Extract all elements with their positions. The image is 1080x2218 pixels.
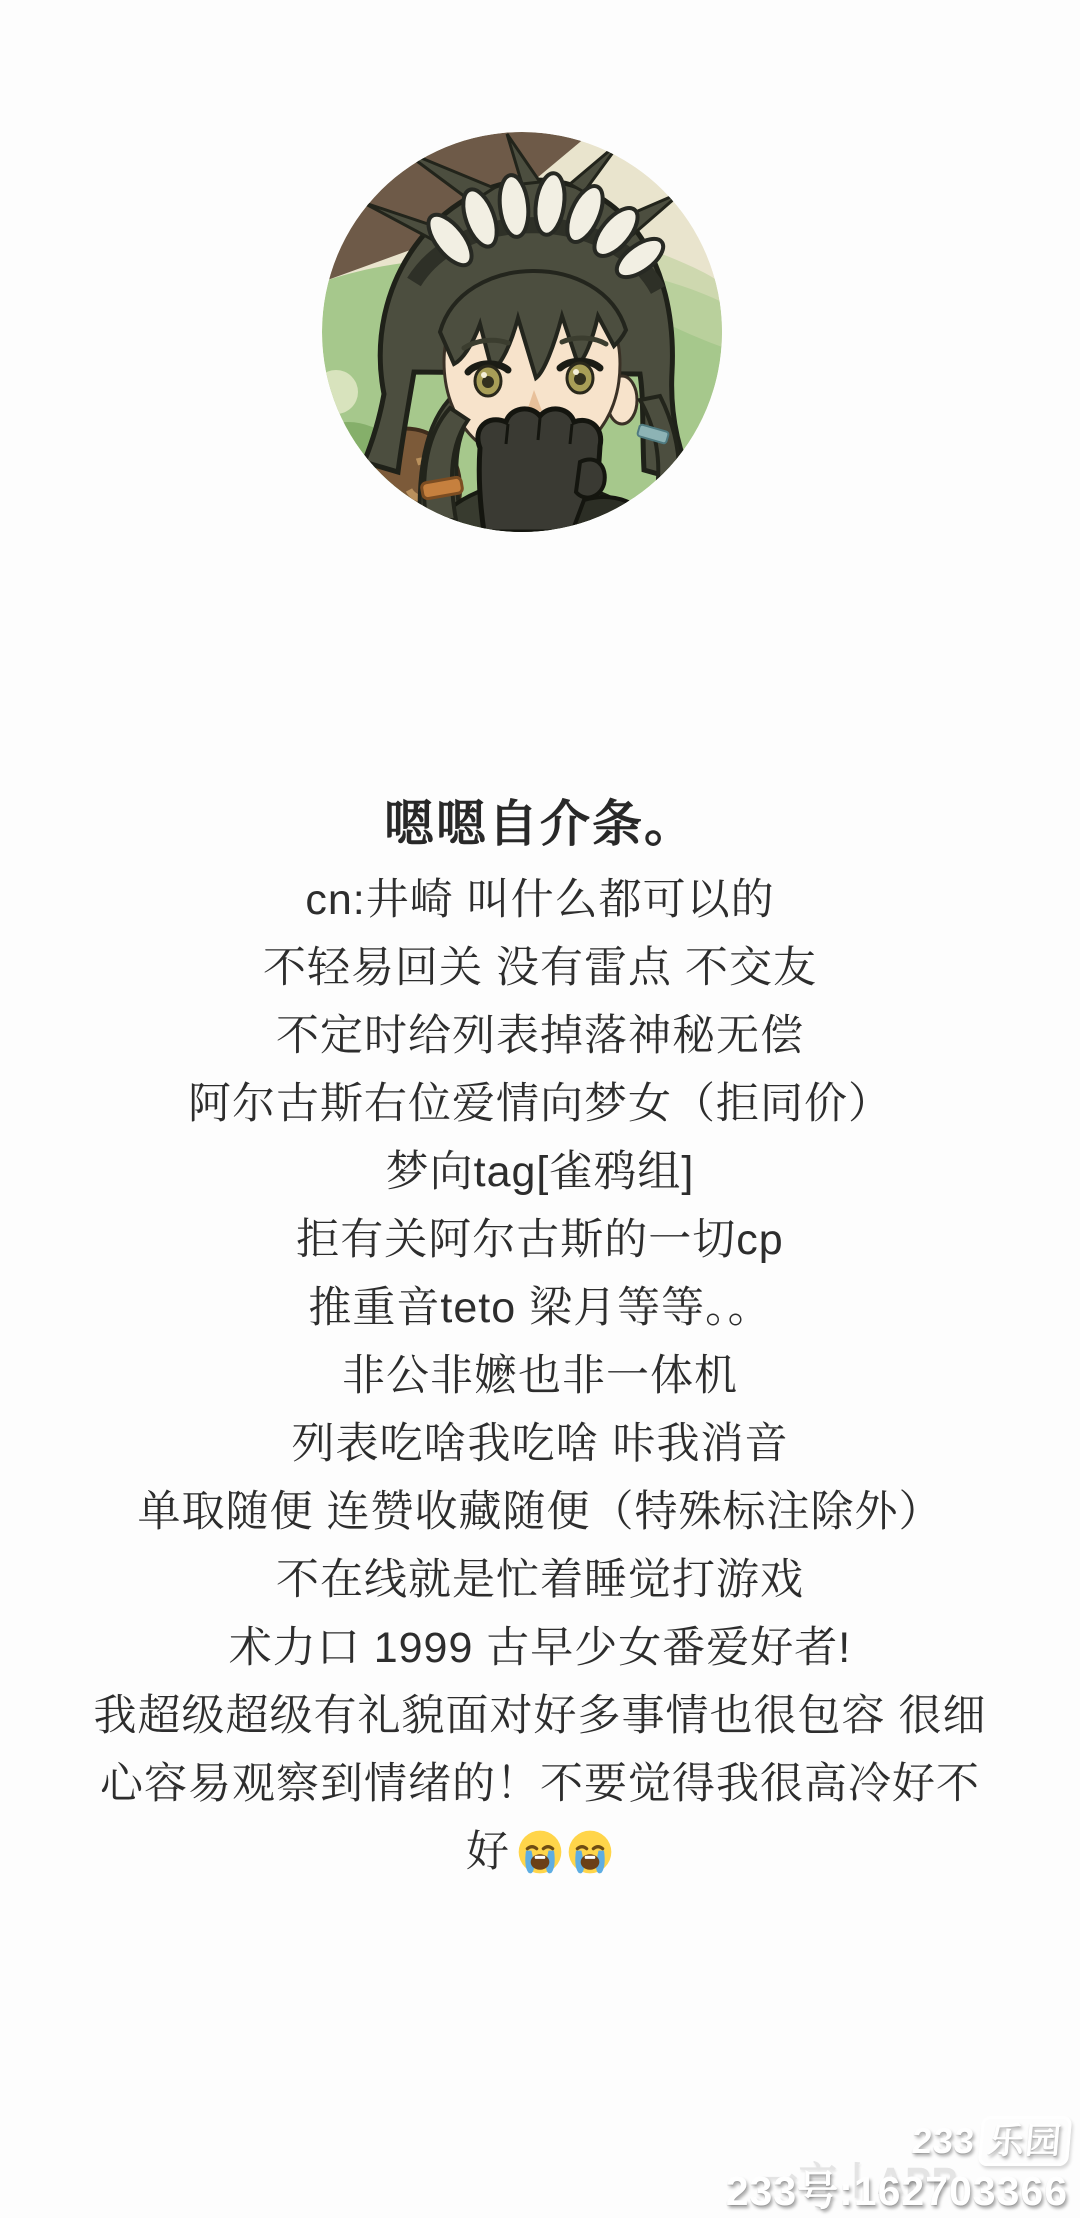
profile-card: 嗯嗯自介条。 cn:井崎 叫什么都可以的不轻易回关 没有雷点 不交友不定时给列表… (0, 0, 1080, 2218)
bio-line: 术力口 1999 古早少女番爱好者! (45, 1614, 1035, 1682)
bio-line: 不在线就是忙着睡觉打游戏 (45, 1546, 1035, 1614)
bio-last-line: 好 (45, 1818, 1035, 1886)
watermark-id: 233号:162703366 (726, 2158, 1068, 2217)
bio-line: 梦向tag[雀鸦组] (45, 1138, 1035, 1206)
avatar (322, 132, 722, 532)
bio-line: 心容易观察到情绪的！不要觉得我很高冷好不 (45, 1750, 1035, 1818)
loudly-crying-face-emoji-icon (516, 1828, 564, 1876)
page-title: 嗯嗯自介条。 (0, 798, 1080, 850)
bio-line: 阿尔古斯右位爱情向梦女（拒同价） (45, 1070, 1035, 1138)
bio-line: 推重音teto 梁月等等。。 (45, 1274, 1035, 1342)
bio-text: cn:井崎 叫什么都可以的不轻易回关 没有雷点 不交友不定时给列表掉落神秘无偿阿… (45, 866, 1035, 1886)
avatar-illustration (322, 132, 722, 532)
bio-line: 我超级超级有礼貌面对好多事情也很包容 很细 (45, 1682, 1035, 1750)
bio-line: cn:井崎 叫什么都可以的 (45, 866, 1035, 934)
loudly-crying-face-emoji-icon (566, 1828, 614, 1876)
bio-line: 非公非嬷也非一体机 (45, 1342, 1035, 1410)
bio-line: 不轻易回关 没有雷点 不交友 (45, 934, 1035, 1002)
bio-line: 列表吃啥我吃啥 咔我消音 (45, 1410, 1035, 1478)
bio-line: 单取随便 连赞收藏随便（特殊标注除外） (45, 1478, 1035, 1546)
bio-line: 拒有关阿尔古斯的一切cp (45, 1206, 1035, 1274)
bio-line: 不定时给列表掉落神秘无偿 (45, 1002, 1035, 1070)
watermark-logo-prefix: 233 (910, 2119, 977, 2163)
watermark-logo-suffix: 乐园 (978, 2116, 1072, 2166)
watermark-logo: 233 乐园 (910, 2116, 1072, 2166)
bio-lines: cn:井崎 叫什么都可以的不轻易回关 没有雷点 不交友不定时给列表掉落神秘无偿阿… (45, 866, 1035, 1818)
bio-last-line-text: 好 (466, 1828, 510, 1876)
